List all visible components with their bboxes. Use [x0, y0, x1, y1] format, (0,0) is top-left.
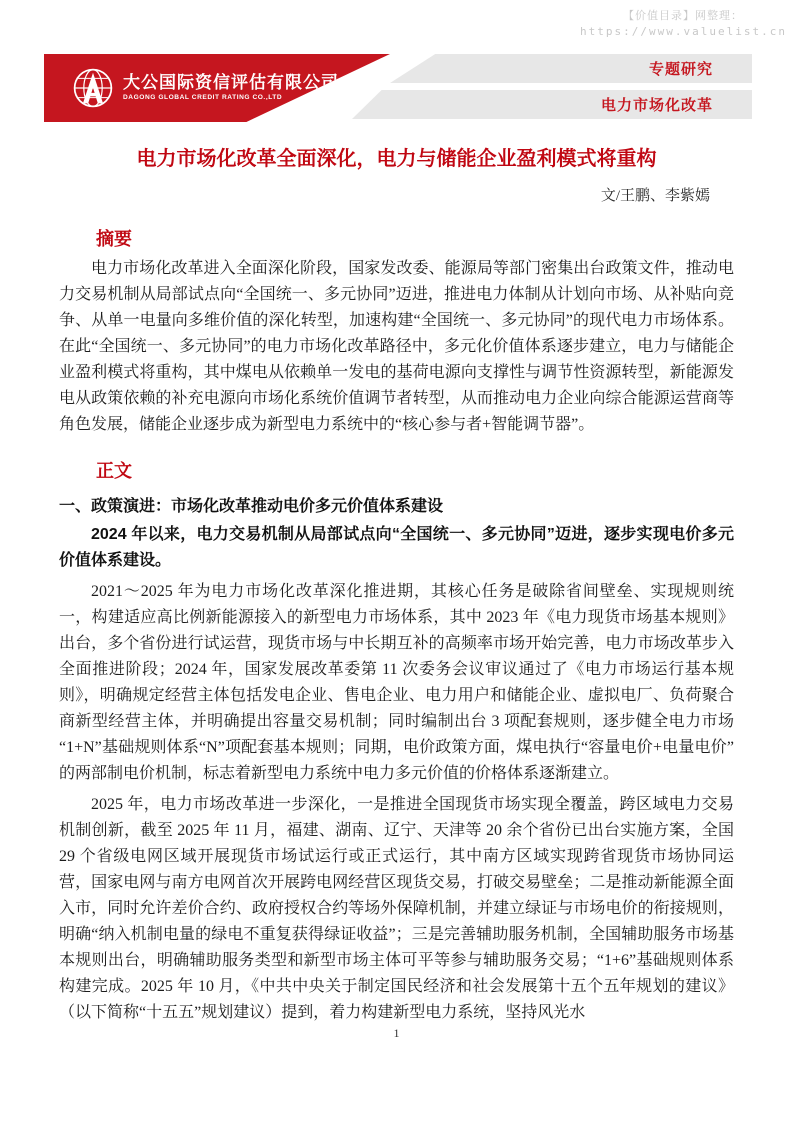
company-name-en: DAGONG GLOBAL CREDIT RATING CO.,LTD	[123, 93, 339, 103]
report-header-banner: 大公国际资信评估有限公司 DAGONG GLOBAL CREDIT RATING…	[0, 54, 793, 122]
body-paragraph-1: 2021～2025 年为电力市场化改革深化推进期，其核心任务是破除省间壁垒、实现…	[59, 579, 734, 787]
report-type-tag: 专题研究	[390, 54, 752, 83]
article-title: 电力市场化改革全面深化，电力与储能企业盈利模式将重构	[59, 146, 734, 172]
report-type-label: 专题研究	[649, 58, 713, 79]
article-byline: 文/王鹏、李紫嫣	[59, 186, 734, 206]
section-1-heading: 一、政策演进：市场化改革推动电价多元价值体系建设	[59, 494, 734, 520]
report-topic-label: 电力市场化改革	[601, 94, 713, 115]
section-1-lead-paragraph: 2024 年以来，电力交易机制从局部试点向“全国统一、多元协同”迈进，逐步实现电…	[59, 522, 734, 574]
page-number: 1	[0, 1026, 793, 1041]
globe-logo-icon	[72, 67, 114, 109]
body-heading: 正文	[59, 458, 734, 484]
watermark-url-link[interactable]: https://www.valuelist.cn	[580, 24, 787, 39]
company-name-cn: 大公国际资信评估有限公司	[123, 73, 339, 93]
article-content: 电力市场化改革全面深化，电力与储能企业盈利模式将重构 文/王鹏、李紫嫣 摘要 电…	[0, 122, 793, 1026]
document-page: 【价值目录】网整理： https://www.valuelist.cn 大公国际…	[0, 0, 793, 1122]
report-topic-tag: 电力市场化改革	[352, 90, 752, 119]
company-name-block: 大公国际资信评估有限公司 DAGONG GLOBAL CREDIT RATING…	[123, 73, 339, 103]
abstract-paragraph: 电力市场化改革进入全面深化阶段，国家发改委、能源局等部门密集出台政策文件，推动电…	[59, 256, 734, 438]
company-logo-banner: 大公国际资信评估有限公司 DAGONG GLOBAL CREDIT RATING…	[44, 54, 390, 122]
watermark-source-label: 【价值目录】网整理：	[580, 9, 787, 24]
watermark: 【价值目录】网整理： https://www.valuelist.cn	[580, 9, 787, 39]
abstract-heading: 摘要	[59, 226, 734, 252]
body-paragraph-2: 2025 年，电力市场改革进一步深化，一是推进全国现货市场实现全覆盖，跨区域电力…	[59, 792, 734, 1026]
